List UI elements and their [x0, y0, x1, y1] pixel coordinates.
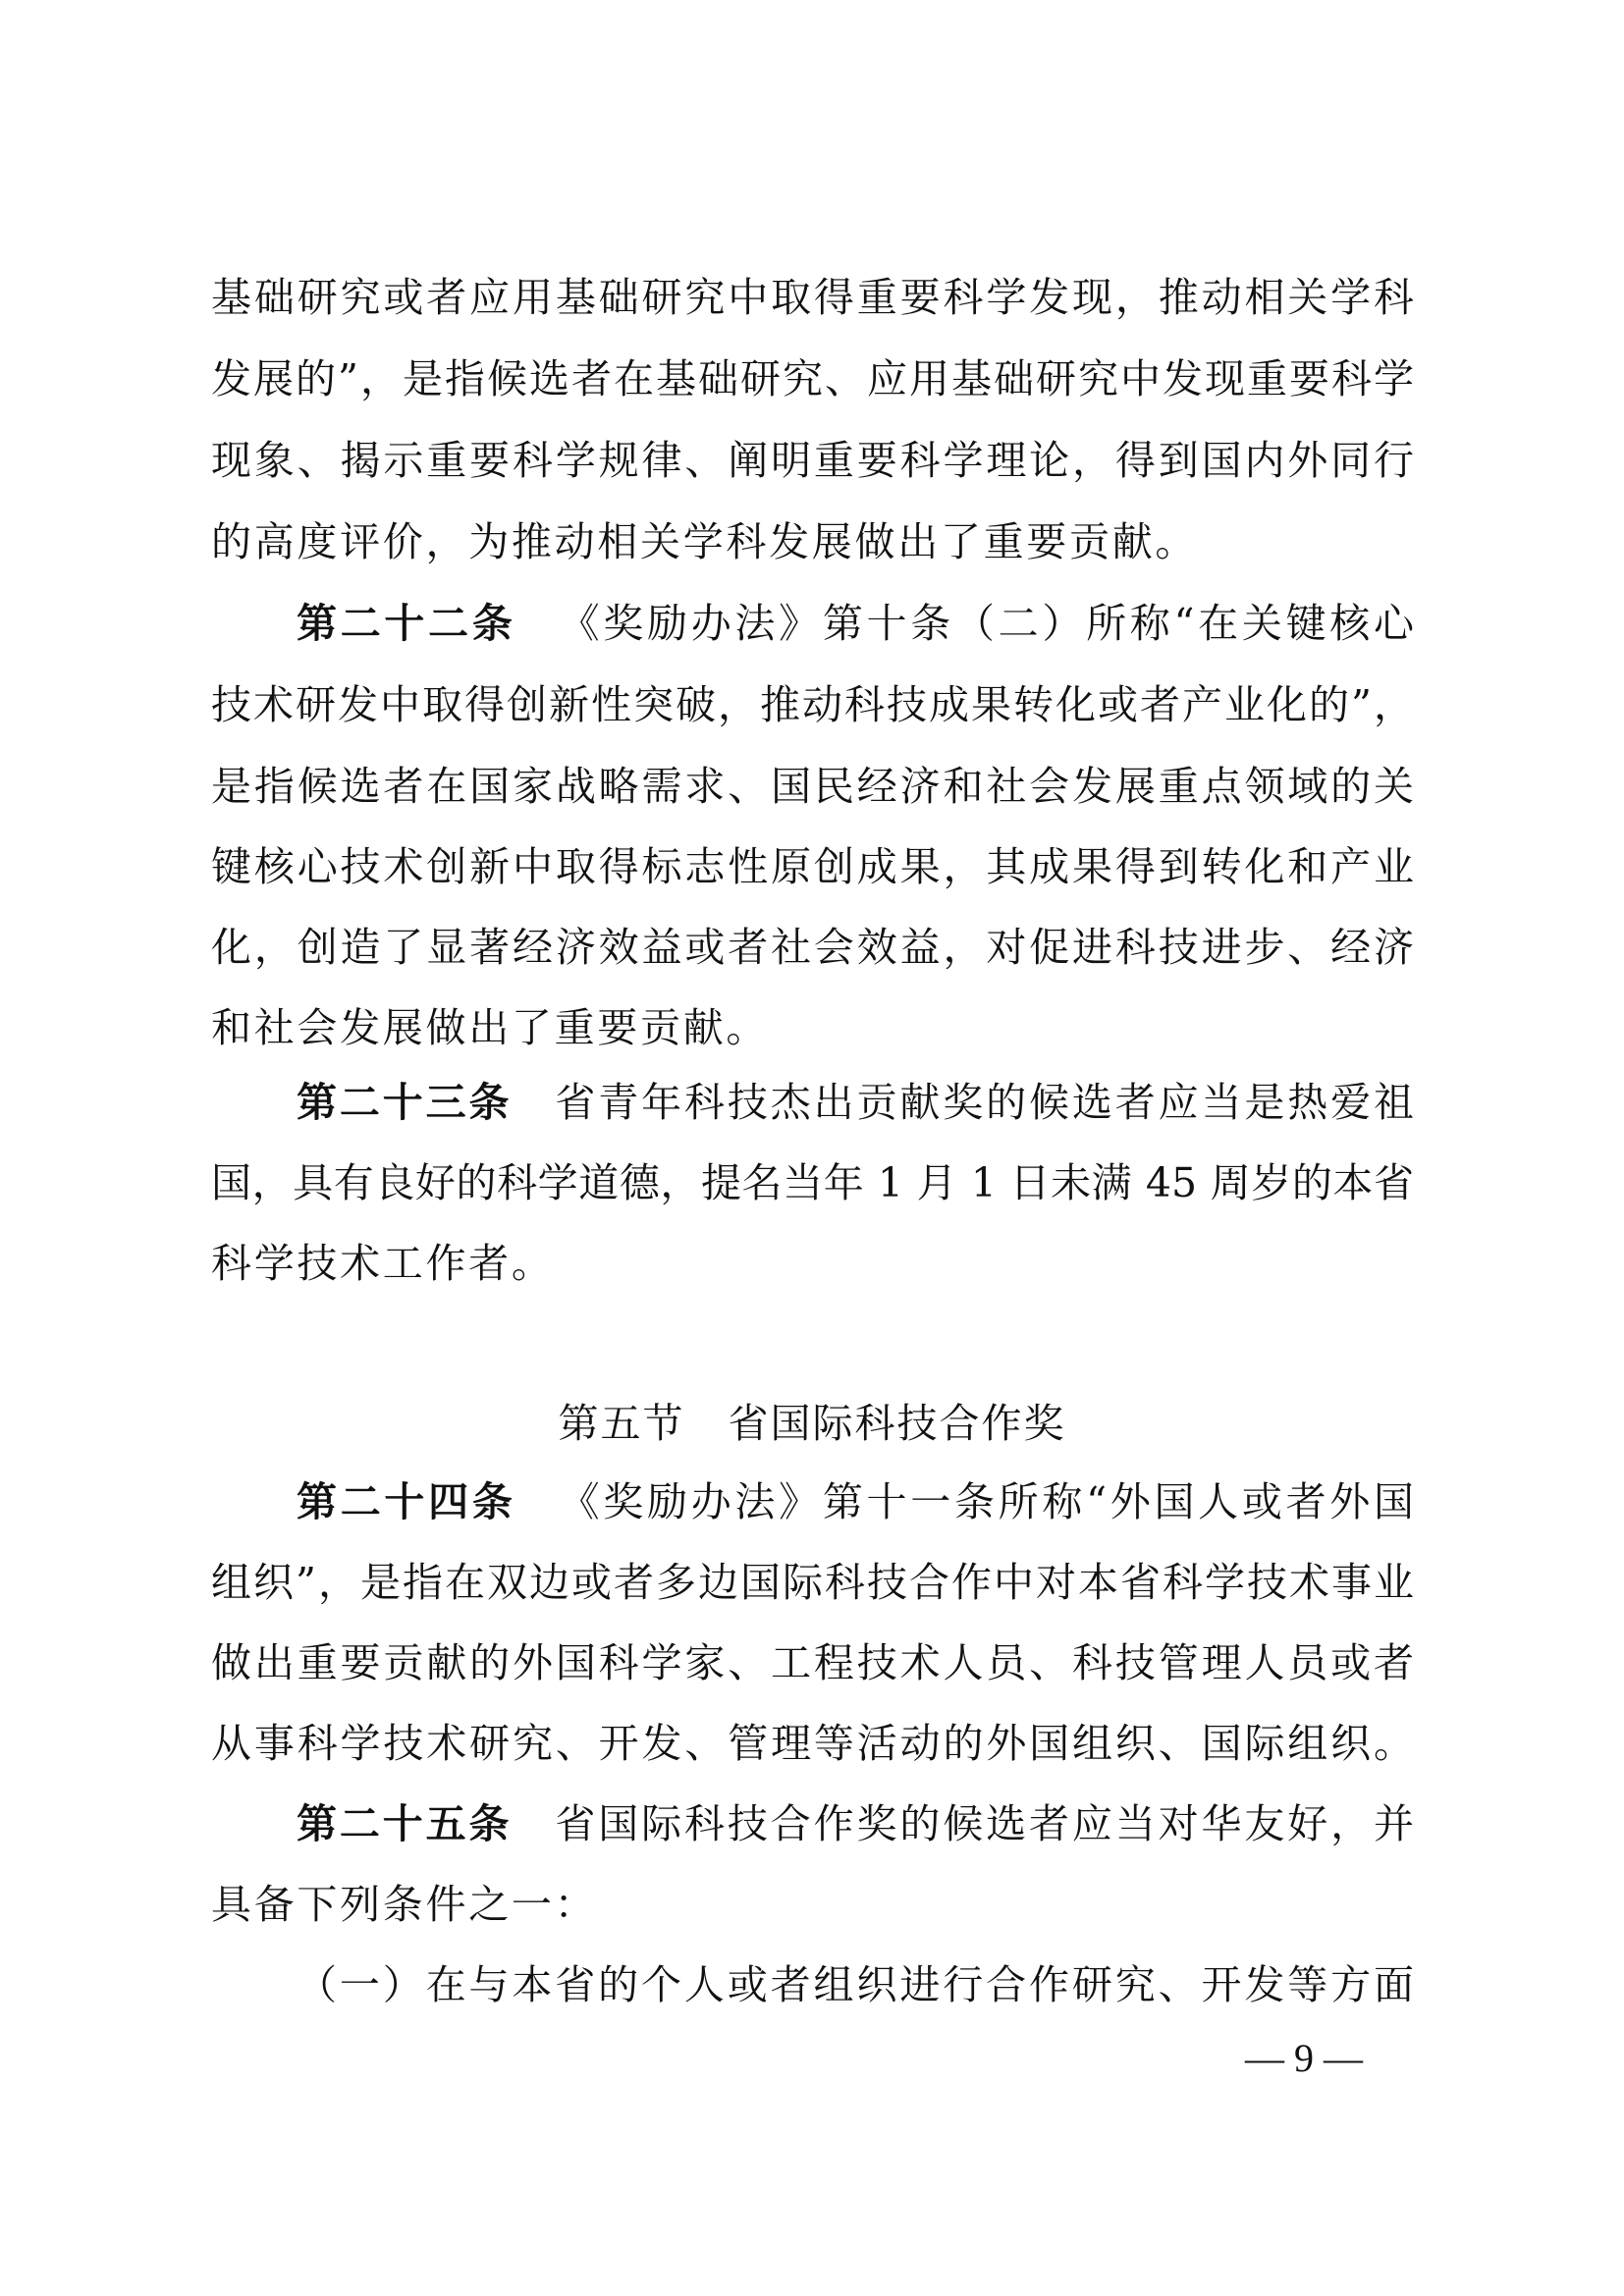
section-heading: 第五节省国际科技合作奖 — [0, 1399, 1624, 1448]
body-text-line: 键核心技术创新中取得标志性原创成果，其成果得到转化和产业 — [211, 842, 1414, 891]
article-22-first-line: 第二十二条《奖励办法》第十条（二）所称“在关键核心 — [297, 599, 1414, 648]
body-text-line: 组织”，是指在双边或者多边国际科技合作中对本省科学技术事业 — [211, 1558, 1414, 1607]
article-number: 第二十二条 — [297, 600, 516, 647]
body-text-line: 技术研发中取得创新性突破，推动科技成果转化或者产业化的”， — [211, 680, 1414, 729]
body-text-line: 是指候选者在国家战略需求、国民经济和社会发展重点领域的关 — [211, 762, 1414, 811]
body-text: 《奖励办法》第十一条所称“外国人或者外国 — [560, 1478, 1414, 1525]
body-text-line: 的高度评价，为推动相关学科发展做出了重要贡献。 — [211, 517, 1414, 566]
article-number: 第二十三条 — [297, 1079, 512, 1126]
body-text: 省青年科技杰出贡献奖的候选者应当是热爱祖 — [555, 1079, 1414, 1126]
section-title: 省国际科技合作奖 — [729, 1400, 1066, 1447]
body-text-line: 具备下列条件之一： — [211, 1880, 1414, 1929]
article-number: 第二十四条 — [297, 1478, 516, 1525]
article-number: 第二十五条 — [297, 1800, 512, 1847]
section-number: 第五节 — [559, 1400, 685, 1447]
article-23-first-line: 第二十三条省青年科技杰出贡献奖的候选者应当是热爱祖 — [297, 1078, 1414, 1127]
document-page: 基础研究或者应用基础研究中取得重要科学发现，推动相关学科 发展的”，是指候选者在… — [0, 0, 1624, 2296]
article-24-first-line: 第二十四条《奖励办法》第十一条所称“外国人或者外国 — [297, 1477, 1414, 1526]
list-item-1: （一）在与本省的个人或者组织进行合作研究、开发等方面 — [297, 1960, 1414, 2009]
body-text: 省国际科技合作奖的候选者应当对华友好，并 — [555, 1800, 1414, 1847]
body-text-line: 和社会发展做出了重要贡献。 — [211, 1003, 1414, 1052]
article-25-first-line: 第二十五条省国际科技合作奖的候选者应当对华友好，并 — [297, 1799, 1414, 1848]
body-text-line: 国，具有良好的科学道德，提名当年 1 月 1 日未满 45 周岁的本省 — [211, 1158, 1414, 1207]
body-text-line: 科学技术工作者。 — [211, 1239, 1414, 1288]
body-text: 《奖励办法》第十条（二）所称“在关键核心 — [560, 600, 1414, 647]
body-text-line: 基础研究或者应用基础研究中取得重要科学发现，推动相关学科 — [211, 273, 1414, 322]
body-text-line: 现象、揭示重要科学规律、阐明重要科学理论，得到国内外同行 — [211, 436, 1414, 485]
page-number: — 9 — — [1235, 2034, 1373, 2083]
body-text-line: 从事科学技术研究、开发、管理等活动的外国组织、国际组织。 — [211, 1719, 1414, 1768]
body-text-line: 做出重要贡献的外国科学家、工程技术人员、科技管理人员或者 — [211, 1638, 1414, 1687]
body-text-line: 化，创造了显著经济效益或者社会效益，对促进科技进步、经济 — [211, 923, 1414, 972]
body-text-line: 发展的”，是指候选者在基础研究、应用基础研究中发现重要科学 — [211, 354, 1414, 403]
